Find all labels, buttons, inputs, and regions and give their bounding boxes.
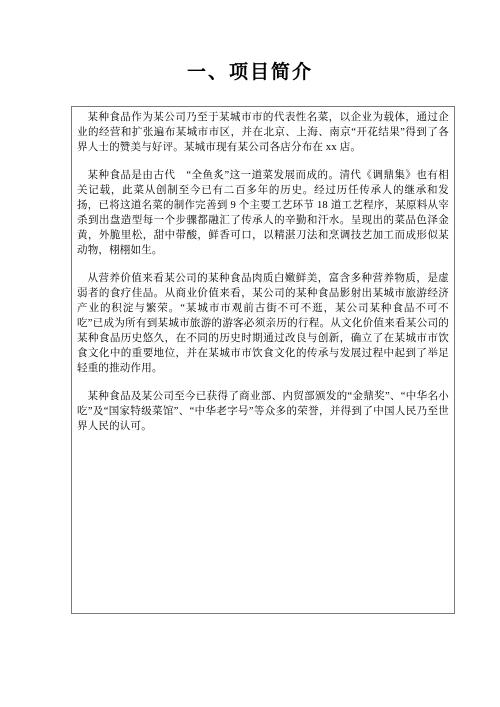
paragraph-intro: 某种食品作为某公司乃至于某城市市的代表性名菜，以企业为载体，通过企业的经营和扩张… [77, 110, 449, 155]
paragraph-honors: 某种食品及某公司至今已获得了商业部、内贸部颁发的“金鼎奖”、“中华名小吃”及“国… [77, 389, 449, 434]
page-title: 一、项目简介 [0, 0, 500, 84]
document-page: 一、项目简介 某种食品作为某公司乃至于某城市市的代表性名菜，以企业为载体，通过企… [0, 0, 500, 707]
paragraph-value: 从营养价值来看某公司的某种食品肉质白嫩鲜美，富含多种营养物质，是虚弱者的食疗佳品… [77, 271, 449, 376]
paragraph-history: 某种食品是由古代 “全鱼炙”这一道菜发展而成的。清代《调鼎集》也有相关记载，此菜… [77, 168, 449, 258]
content-box: 某种食品作为某公司乃至于某城市市的代表性名菜，以企业为载体，通过企业的经营和扩张… [71, 106, 455, 614]
